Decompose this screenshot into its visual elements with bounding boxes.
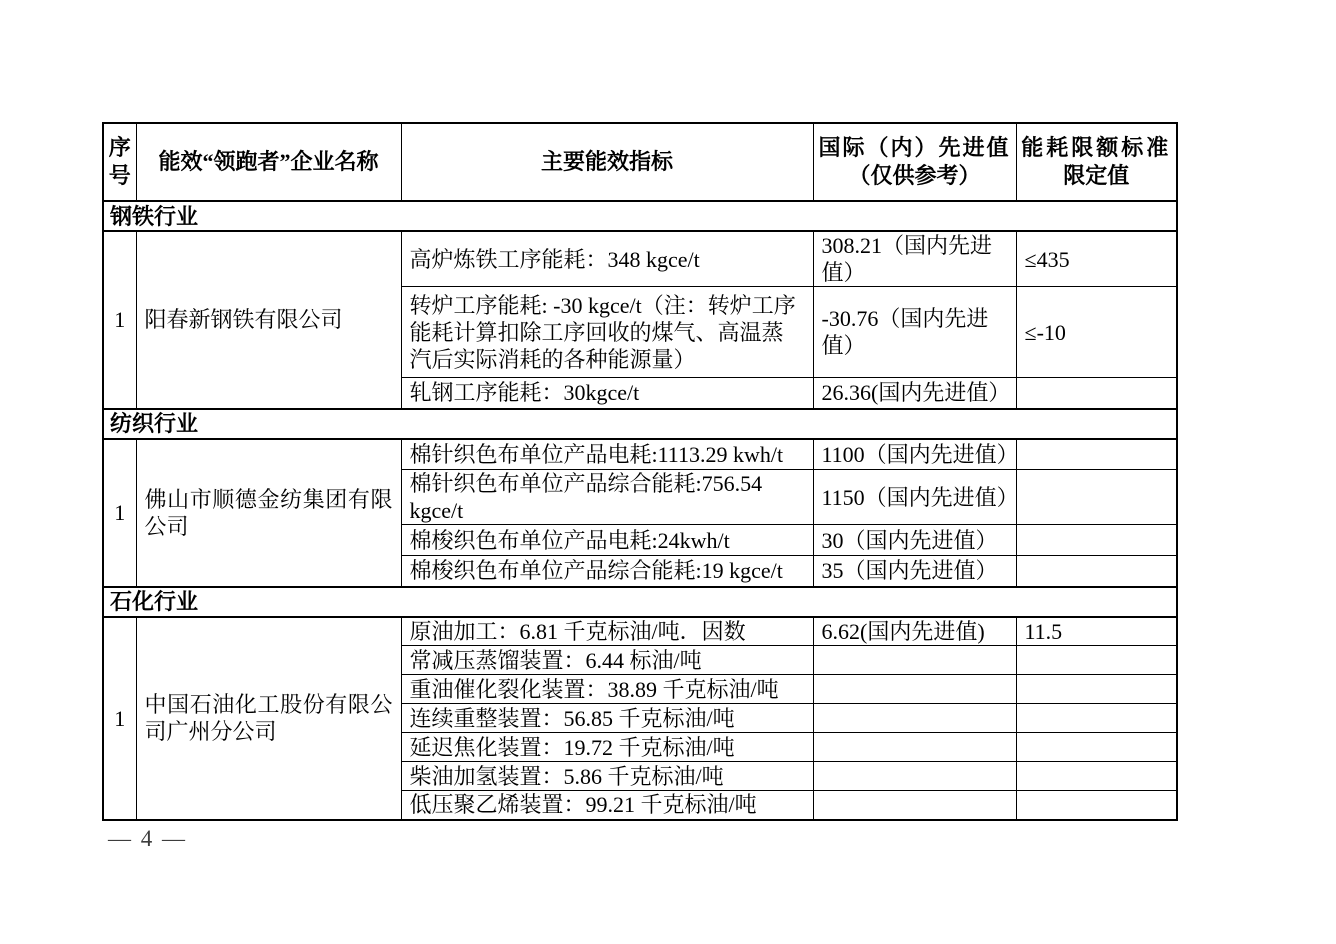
cell-indicator: 棉针织色布单位产品电耗:1113.29 kwh/t — [401, 439, 813, 470]
cell-indicator: 常减压蒸馏装置：6.44 标油/吨 — [401, 646, 813, 675]
cell-advanced-value: 1100（国内先进值） — [813, 439, 1016, 470]
cell-advanced-value: 35（国内先进值） — [813, 556, 1016, 587]
table-header-row: 序号 能效“领跑者”企业名称 主要能效指标 国际（内）先进值 （仅供参考） 能耗… — [103, 123, 1177, 201]
cell-advanced-value — [813, 646, 1016, 675]
cell-limit-value — [1016, 791, 1177, 820]
column-header-limit-line1: 能耗限额标准 — [1019, 134, 1175, 162]
cell-indicator: 重油催化裂化装置：38.89 千克标油/吨 — [401, 675, 813, 704]
column-header-advanced-line1: 国际（内）先进值 — [816, 134, 1014, 162]
document-page: 序号 能效“领跑者”企业名称 主要能效指标 国际（内）先进值 （仅供参考） 能耗… — [0, 0, 1336, 944]
section-row-petrochemical: 石化行业 — [103, 587, 1177, 617]
cell-company-petrochemical: 中国石油化工股份有限公司广州分公司 — [136, 617, 401, 820]
cell-limit-value — [1016, 439, 1177, 470]
section-title-steel: 钢铁行业 — [103, 201, 1177, 231]
cell-advanced-value — [813, 733, 1016, 762]
cell-advanced-value: 30（国内先进值） — [813, 525, 1016, 556]
table-row: 1 中国石油化工股份有限公司广州分公司 原油加工：6.81 千克标油/吨．因数 … — [103, 617, 1177, 646]
cell-indicator: 转炉工序能耗: -30 kgce/t（注：转炉工序能耗计算扣除工序回收的煤气、高… — [401, 287, 813, 378]
cell-limit-value — [1016, 762, 1177, 791]
cell-advanced-value: 308.21（国内先进值） — [813, 231, 1016, 287]
cell-indicator: 柴油加氢装置：5.86 千克标油/吨 — [401, 762, 813, 791]
cell-indicator: 连续重整装置：56.85 千克标油/吨 — [401, 704, 813, 733]
cell-company-textile: 佛山市顺德金纺集团有限公司 — [136, 439, 401, 587]
table-row: 1 阳春新钢铁有限公司 高炉炼铁工序能耗：348 kgce/t 308.21（国… — [103, 231, 1177, 287]
section-title-textile: 纺织行业 — [103, 409, 1177, 439]
energy-efficiency-table: 序号 能效“领跑者”企业名称 主要能效指标 国际（内）先进值 （仅供参考） 能耗… — [102, 122, 1178, 821]
table-row: 1 佛山市顺德金纺集团有限公司 棉针织色布单位产品电耗:1113.29 kwh/… — [103, 439, 1177, 470]
cell-limit-value — [1016, 556, 1177, 587]
cell-company-steel: 阳春新钢铁有限公司 — [136, 231, 401, 409]
cell-limit-value — [1016, 646, 1177, 675]
cell-indicator: 棉梭织色布单位产品综合能耗:19 kgce/t — [401, 556, 813, 587]
cell-advanced-value — [813, 791, 1016, 820]
cell-indicator: 高炉炼铁工序能耗：348 kgce/t — [401, 231, 813, 287]
column-header-limit: 能耗限额标准 限定值 — [1016, 123, 1177, 201]
cell-limit-value: ≤-10 — [1016, 287, 1177, 378]
page-number: — 4 — — [108, 826, 187, 852]
cell-indicator: 棉针织色布单位产品综合能耗:756.54 kgce/t — [401, 470, 813, 525]
cell-advanced-value — [813, 675, 1016, 704]
column-header-advanced-line2: （仅供参考） — [816, 162, 1014, 190]
cell-indicator: 低压聚乙烯装置：99.21 千克标油/吨 — [401, 791, 813, 820]
column-header-limit-line2: 限定值 — [1019, 162, 1175, 190]
cell-advanced-value — [813, 762, 1016, 791]
cell-limit-value: 11.5 — [1016, 617, 1177, 646]
column-header-indicator: 主要能效指标 — [401, 123, 813, 201]
cell-indicator: 延迟焦化装置：19.72 千克标油/吨 — [401, 733, 813, 762]
column-header-advanced: 国际（内）先进值 （仅供参考） — [813, 123, 1016, 201]
cell-index-textile: 1 — [103, 439, 136, 587]
cell-index-petrochemical: 1 — [103, 617, 136, 820]
cell-indicator: 棉梭织色布单位产品电耗:24kwh/t — [401, 525, 813, 556]
cell-limit-value — [1016, 704, 1177, 733]
column-header-company: 能效“领跑者”企业名称 — [136, 123, 401, 201]
cell-index-steel: 1 — [103, 231, 136, 409]
cell-advanced-value — [813, 704, 1016, 733]
cell-limit-value — [1016, 675, 1177, 704]
cell-indicator: 轧钢工序能耗：30kgce/t — [401, 378, 813, 409]
cell-limit-value — [1016, 733, 1177, 762]
cell-advanced-value: 1150（国内先进值） — [813, 470, 1016, 525]
cell-limit-value — [1016, 525, 1177, 556]
section-row-steel: 钢铁行业 — [103, 201, 1177, 231]
cell-advanced-value: -30.76（国内先进值） — [813, 287, 1016, 378]
cell-limit-value — [1016, 470, 1177, 525]
cell-limit-value — [1016, 378, 1177, 409]
section-row-textile: 纺织行业 — [103, 409, 1177, 439]
section-title-petrochemical: 石化行业 — [103, 587, 1177, 617]
cell-indicator: 原油加工：6.81 千克标油/吨．因数 — [401, 617, 813, 646]
column-header-index: 序号 — [103, 123, 136, 201]
cell-advanced-value: 6.62(国内先进值) — [813, 617, 1016, 646]
cell-advanced-value: 26.36(国内先进值） — [813, 378, 1016, 409]
cell-limit-value: ≤435 — [1016, 231, 1177, 287]
